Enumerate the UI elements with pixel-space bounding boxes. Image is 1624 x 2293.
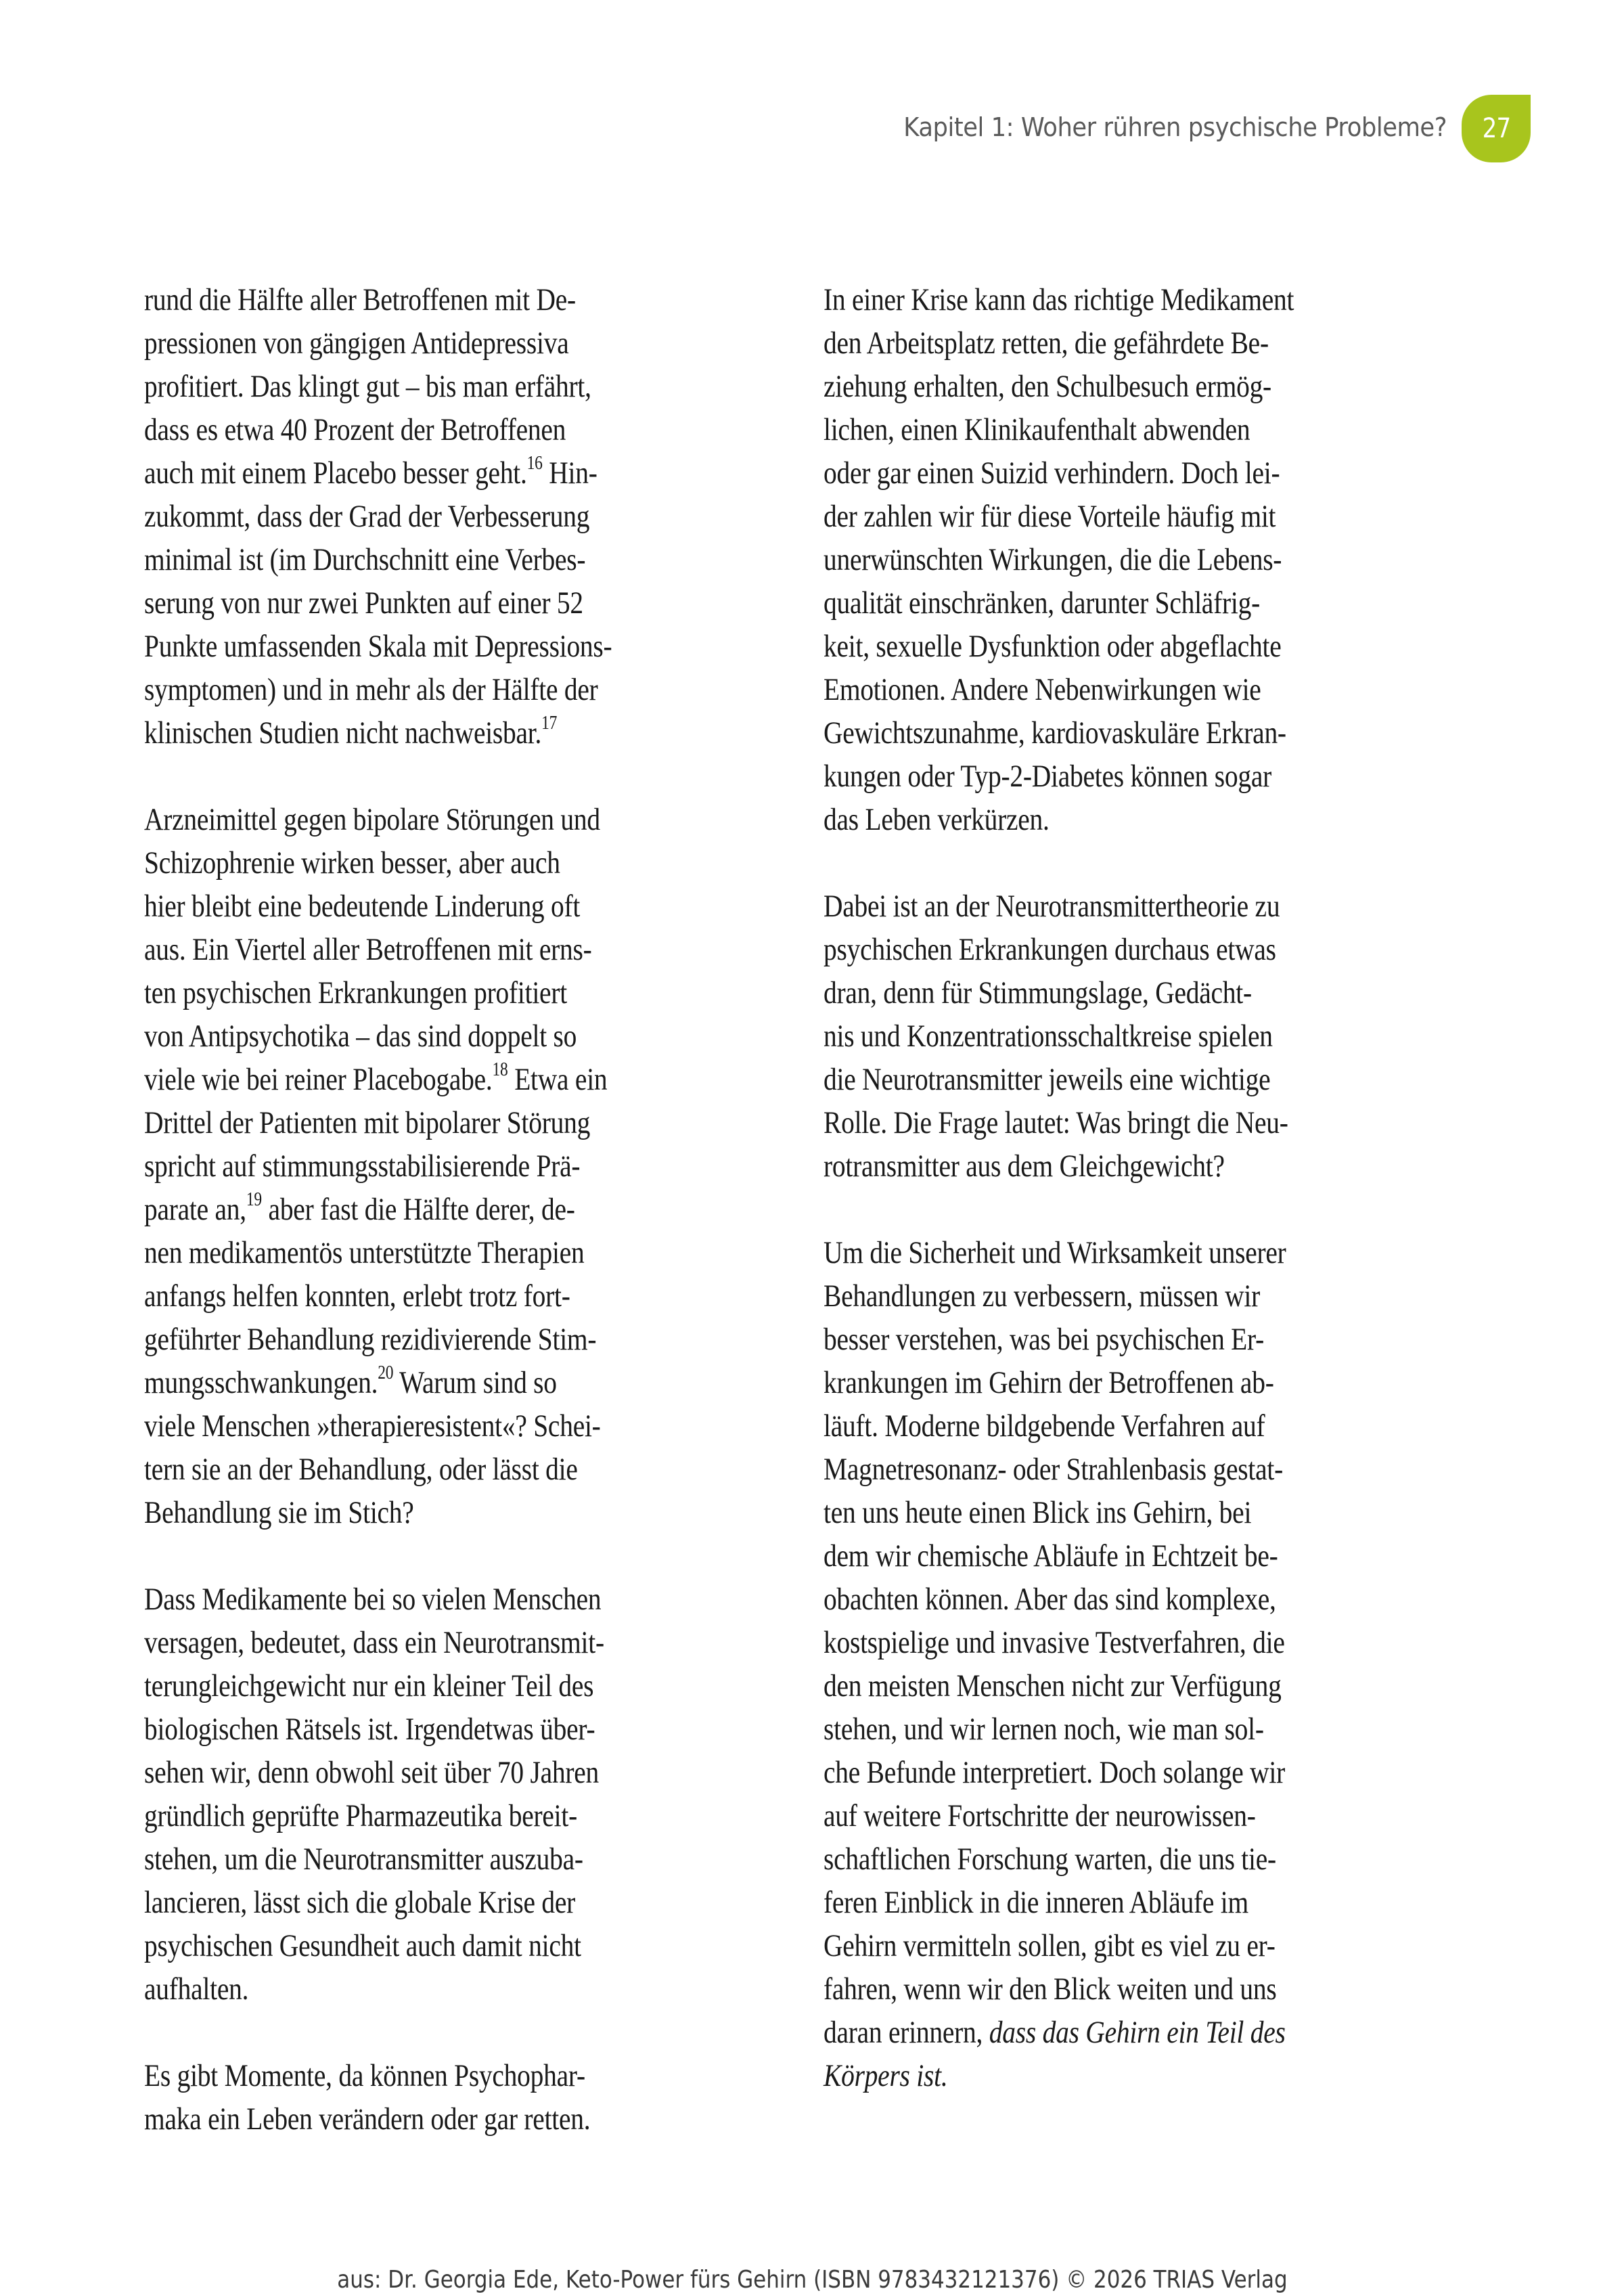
text-line: ten psychischen Erkrankungen profitiert [144, 971, 667, 1015]
text-line: klinischen Studien nicht nachweisbar.17 [144, 711, 667, 755]
text-line: stehen, und wir lernen noch, wie man sol… [824, 1708, 1347, 1751]
text-line: schaftlichen Forschung warten, die uns t… [824, 1838, 1347, 1881]
text-line: rotransmitter aus dem Gleichgewicht? [824, 1144, 1347, 1188]
text-line: terungleichgewicht nur ein kleiner Teil … [144, 1664, 667, 1708]
footnote-ref: 19 [246, 1189, 262, 1210]
text-line: Arzneimittel gegen bipolare Störungen un… [144, 798, 667, 841]
text-line: kostspielige und invasive Testverfahren,… [824, 1621, 1347, 1664]
line-text: viele wie bei reiner Placebogabe. [144, 1062, 493, 1097]
paragraph: rund die Hälfte aller Betroffenen mit De… [144, 278, 767, 755]
text-line: kungen oder Typ-2-Diabetes können sogar [824, 755, 1347, 798]
text-line: maka ein Leben verändern oder gar retten… [144, 2097, 667, 2141]
text-line: che Befunde interpretiert. Doch solange … [824, 1751, 1347, 1794]
paragraph: Dass Medikamente bei so vielen Menschenv… [144, 1578, 767, 2011]
text-line: tern sie an der Behandlung, oder lässt d… [144, 1448, 667, 1491]
text-line: In einer Krise kann das richtige Medikam… [824, 278, 1347, 321]
text-line: minimal ist (im Durchschnitt eine Verbes… [144, 538, 667, 581]
text-line: viele Menschen »therapieresistent«? Sche… [144, 1404, 667, 1448]
paragraph: Dabei ist an der Neurotransmittertheorie… [824, 885, 1446, 1188]
text-line: Um die Sicherheit und Wirksamkeit unsere… [824, 1231, 1347, 1274]
paragraph: Es gibt Momente, da können Psychophar-ma… [144, 2054, 767, 2141]
text-line: feren Einblick in die inneren Abläufe im [824, 1881, 1347, 1924]
text-line: daran erinnern, dass das Gehirn ein Teil… [824, 2011, 1347, 2054]
paragraph: Arzneimittel gegen bipolare Störungen un… [144, 798, 767, 1534]
text-line: von Antipsychotika – das sind doppelt so [144, 1015, 667, 1058]
text-line: viele wie bei reiner Placebogabe.18 Etwa… [144, 1058, 667, 1101]
page-number-badge: 27 [1462, 95, 1531, 162]
text-line: psychischen Gesundheit auch damit nicht [144, 1924, 667, 1967]
text-line: nis und Konzentrationsschaltkreise spiel… [824, 1015, 1347, 1058]
text-line: ten uns heute einen Blick ins Gehirn, be… [824, 1491, 1347, 1534]
text-line: serung von nur zwei Punkten auf einer 52 [144, 581, 667, 625]
text-line: krankungen im Gehirn der Betroffenen ab- [824, 1361, 1347, 1404]
paragraph: In einer Krise kann das richtige Medikam… [824, 278, 1446, 841]
right-column: In einer Krise kann das richtige Medikam… [824, 278, 1446, 2141]
text-line: fahren, wenn wir den Blick weiten und un… [824, 1967, 1347, 2011]
line-text-after: Warum sind so [393, 1365, 557, 1400]
text-line: parate an,19 aber fast die Hälfte derer,… [144, 1188, 667, 1231]
text-line: oder gar einen Suizid verhindern. Doch l… [824, 451, 1347, 495]
text-line: dass es etwa 40 Prozent der Betroffenen [144, 408, 667, 451]
text-line: sehen wir, denn obwohl seit über 70 Jahr… [144, 1751, 667, 1794]
text-line: versagen, bedeutet, dass ein Neurotransm… [144, 1621, 667, 1664]
text-line: Drittel der Patienten mit bipolarer Stör… [144, 1101, 667, 1144]
line-text-after: aber fast die Hälfte derer, de- [262, 1192, 575, 1227]
text-line: Dass Medikamente bei so vielen Menschen [144, 1578, 667, 1621]
text-line: läuft. Moderne bildgebende Verfahren auf [824, 1404, 1347, 1448]
line-text-after: Hin- [543, 455, 597, 491]
text-line: anfangs helfen konnten, erlebt trotz for… [144, 1274, 667, 1318]
text-line: symptomen) und in mehr als der Hälfte de… [144, 668, 667, 711]
text-line: qualität einschränken, darunter Schläfri… [824, 581, 1347, 625]
text-line: unerwünschten Wirkungen, die die Lebens- [824, 538, 1347, 581]
text-line: profitiert. Das klingt gut – bis man erf… [144, 365, 667, 408]
text-line: ziehung erhalten, den Schulbesuch ermög- [824, 365, 1347, 408]
text-line: aufhalten. [144, 1967, 667, 2011]
text-line: mungsschwankungen.20 Warum sind so [144, 1361, 667, 1404]
text-line: spricht auf stimmungsstabilisierende Prä… [144, 1144, 667, 1188]
text-line: Punkte umfassenden Skala mit Depressions… [144, 625, 667, 668]
line-text-after: Etwa ein [508, 1062, 608, 1097]
paragraph: Um die Sicherheit und Wirksamkeit unsere… [824, 1231, 1446, 2097]
text-line: dem wir chemische Abläufe in Echtzeit be… [824, 1534, 1347, 1578]
text-line: hier bleibt eine bedeutende Linderung of… [144, 885, 667, 928]
text-line: Magnetresonanz- oder Strahlenbasis gesta… [824, 1448, 1347, 1491]
text-line: pressionen von gängigen Antidepressiva [144, 321, 667, 365]
text-line: keit, sexuelle Dysfunktion oder abgeflac… [824, 625, 1347, 668]
text-line: Dabei ist an der Neurotransmittertheorie… [824, 885, 1347, 928]
text-line: auf weitere Fortschritte der neurowissen… [824, 1794, 1347, 1838]
text-line: stehen, um die Neurotransmitter auszuba- [144, 1838, 667, 1881]
text-line: lancieren, lässt sich die globale Krise … [144, 1881, 667, 1924]
text-line: geführter Behandlung rezidivierende Stim… [144, 1318, 667, 1361]
text-line: dran, denn für Stimmungslage, Gedächt- [824, 971, 1347, 1015]
text-line: aus. Ein Viertel aller Betroffenen mit e… [144, 928, 667, 971]
page-number: 27 [1482, 113, 1510, 144]
text-line: Körpers ist. [824, 2054, 1347, 2097]
text-line: den meisten Menschen nicht zur Verfügung [824, 1664, 1347, 1708]
text-line: den Arbeitsplatz retten, die gefährdete … [824, 321, 1347, 365]
text-line: besser verstehen, was bei psychischen Er… [824, 1318, 1347, 1361]
footnote-ref: 18 [493, 1059, 508, 1080]
left-column: rund die Hälfte aller Betroffenen mit De… [144, 278, 767, 2184]
line-text: parate an, [144, 1192, 246, 1227]
text-line: der zahlen wir für diese Vorteile häufig… [824, 495, 1347, 538]
footnote-ref: 16 [527, 453, 543, 474]
text-line: Gewichtszunahme, kardiovaskuläre Erkran- [824, 711, 1347, 755]
text-line: rund die Hälfte aller Betroffenen mit De… [144, 278, 667, 321]
text-line: Schizophrenie wirken besser, aber auch [144, 841, 667, 885]
text-line: zukommt, dass der Grad der Verbesserung [144, 495, 667, 538]
text-line: biologischen Rätsels ist. Irgendetwas üb… [144, 1708, 667, 1751]
text-line: Behandlungen zu verbessern, müssen wir [824, 1274, 1347, 1318]
text-line: psychischen Erkrankungen durchaus etwas [824, 928, 1347, 971]
text-line: auch mit einem Placebo besser geht.16 Hi… [144, 451, 667, 495]
text-line: die Neurotransmitter jeweils eine wichti… [824, 1058, 1347, 1101]
running-header: Kapitel 1: Woher rühren psychische Probl… [867, 107, 1447, 148]
emphasized-text: Körpers ist. [824, 2058, 947, 2093]
text-line: Es gibt Momente, da können Psychophar- [144, 2054, 667, 2097]
line-text: mungsschwankungen. [144, 1365, 378, 1400]
chapter-title: Kapitel 1: Woher rühren psychische Probl… [903, 112, 1447, 142]
text-line: Emotionen. Andere Nebenwirkungen wie [824, 668, 1347, 711]
text-line: das Leben verkürzen. [824, 798, 1347, 841]
line-text: klinischen Studien nicht nachweisbar. [144, 715, 541, 751]
text-line: Rolle. Die Frage lautet: Was bringt die … [824, 1101, 1347, 1144]
line-text: daran erinnern, [824, 2015, 989, 2050]
text-line: gründlich geprüfte Pharmazeutika bereit- [144, 1794, 667, 1838]
footer-credit-text: aus: Dr. Georgia Ede, Keto-Power fürs Ge… [337, 2263, 1287, 2293]
footnote-ref: 17 [541, 713, 557, 734]
text-line: nen medikamentös unterstützte Therapien [144, 1231, 667, 1274]
footer-credit: aus: Dr. Georgia Ede, Keto-Power fürs Ge… [0, 2263, 1624, 2293]
footnote-ref: 20 [378, 1362, 393, 1383]
text-line: obachten können. Aber das sind komplexe, [824, 1578, 1347, 1621]
emphasized-text: dass das Gehirn ein Teil des [989, 2015, 1286, 2050]
line-text: auch mit einem Placebo besser geht. [144, 455, 527, 491]
text-line: Gehirn vermitteln sollen, gibt es viel z… [824, 1924, 1347, 1967]
text-line: Behandlung sie im Stich? [144, 1491, 667, 1534]
text-line: lichen, einen Klinikaufenthalt abwenden [824, 408, 1347, 451]
